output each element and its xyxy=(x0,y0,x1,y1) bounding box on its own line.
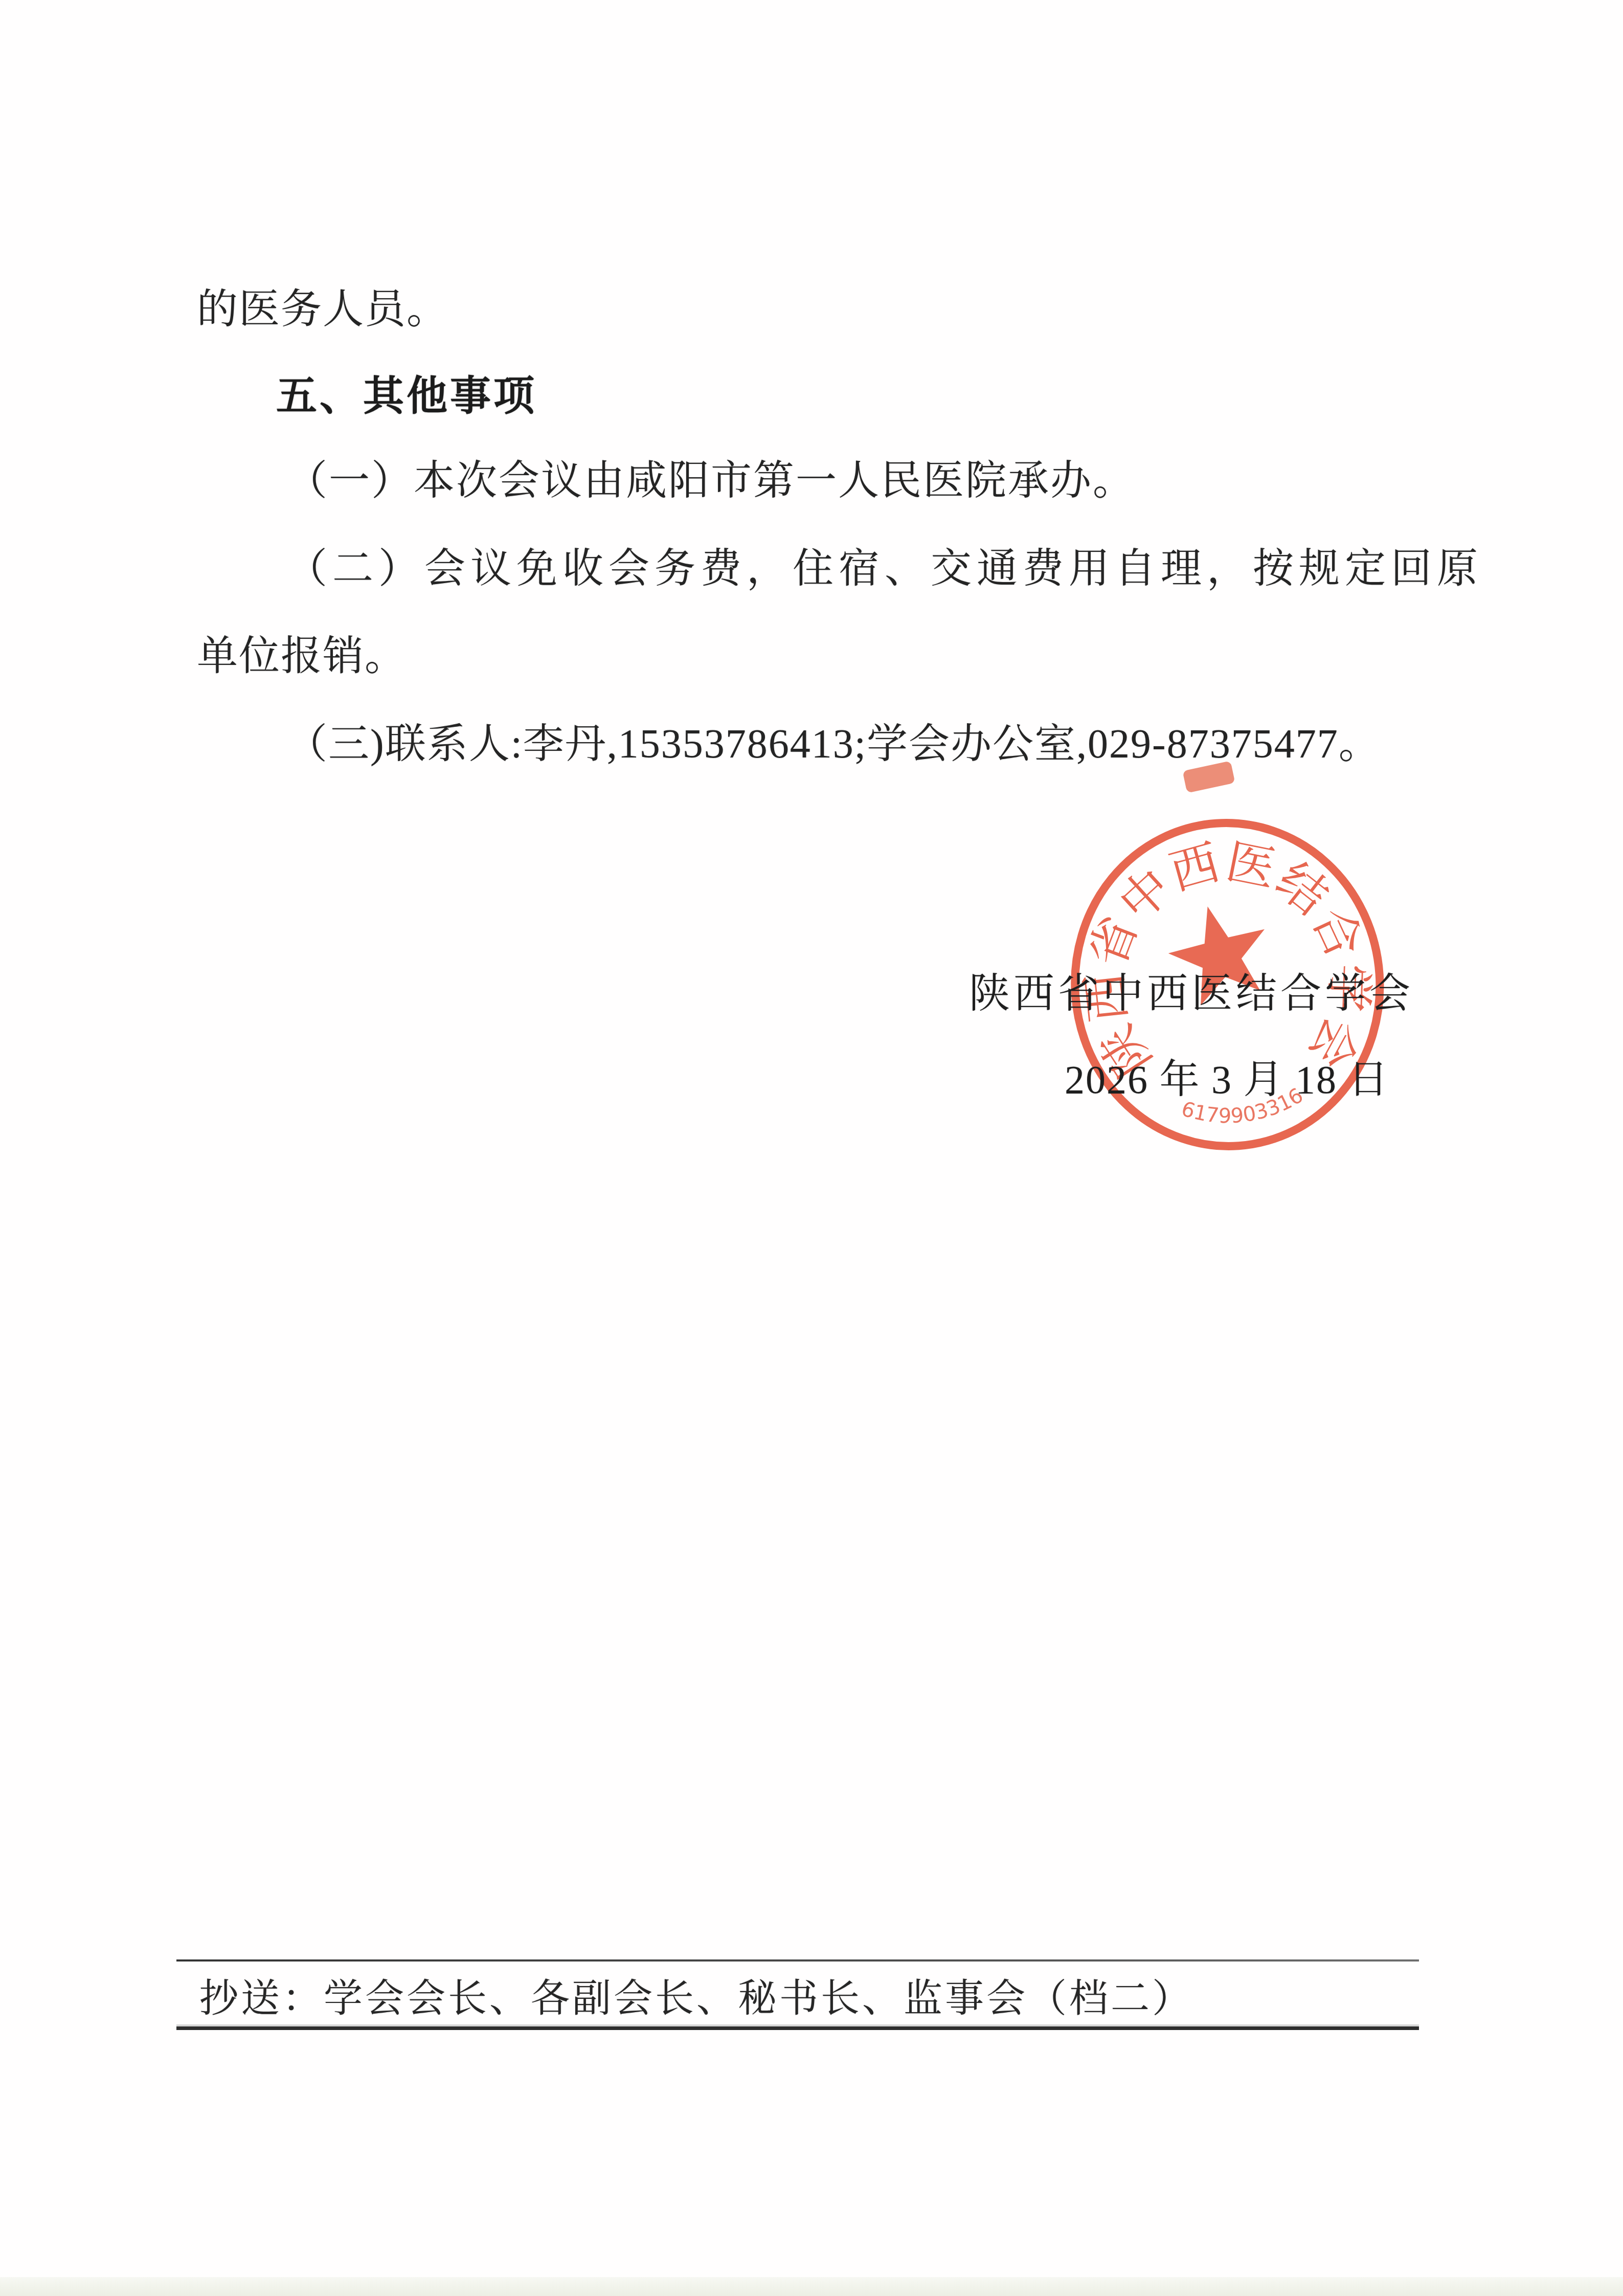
list-item-2-line-1: （二）会议免收会务费，住宿、交通费用自理，按规定回原 xyxy=(286,548,1483,589)
footer-cc-line: 抄送：学会会长、各副会长、秘书长、监事会（档二） xyxy=(199,1979,1193,2018)
footer-rule-top xyxy=(176,1959,1419,1961)
paragraph-continuation: 的医务人员。 xyxy=(197,289,448,330)
footer-rule-bottom xyxy=(176,2026,1419,2030)
list-item-2-line-2: 单位报销。 xyxy=(197,636,407,677)
section-heading: 五、其他事项 xyxy=(276,376,537,417)
signature-date: 2026 年 3 月 18 日 xyxy=(1065,1060,1389,1100)
document-page: 的医务人员。 五、其他事项 （一）本次会议由咸阳市第一人民医院承办。 （二）会议… xyxy=(0,0,1623,2296)
list-item-3-contacts: （三)联系人:李丹,15353786413;学会办公室,029-87375477… xyxy=(286,724,1381,765)
signature-org: 陕西省中西医结合学会 xyxy=(969,973,1414,1014)
scan-edge-artifact xyxy=(0,2277,1623,2296)
list-item-1: （一）本次会议由咸阳市第一人民医院承办。 xyxy=(286,460,1135,501)
